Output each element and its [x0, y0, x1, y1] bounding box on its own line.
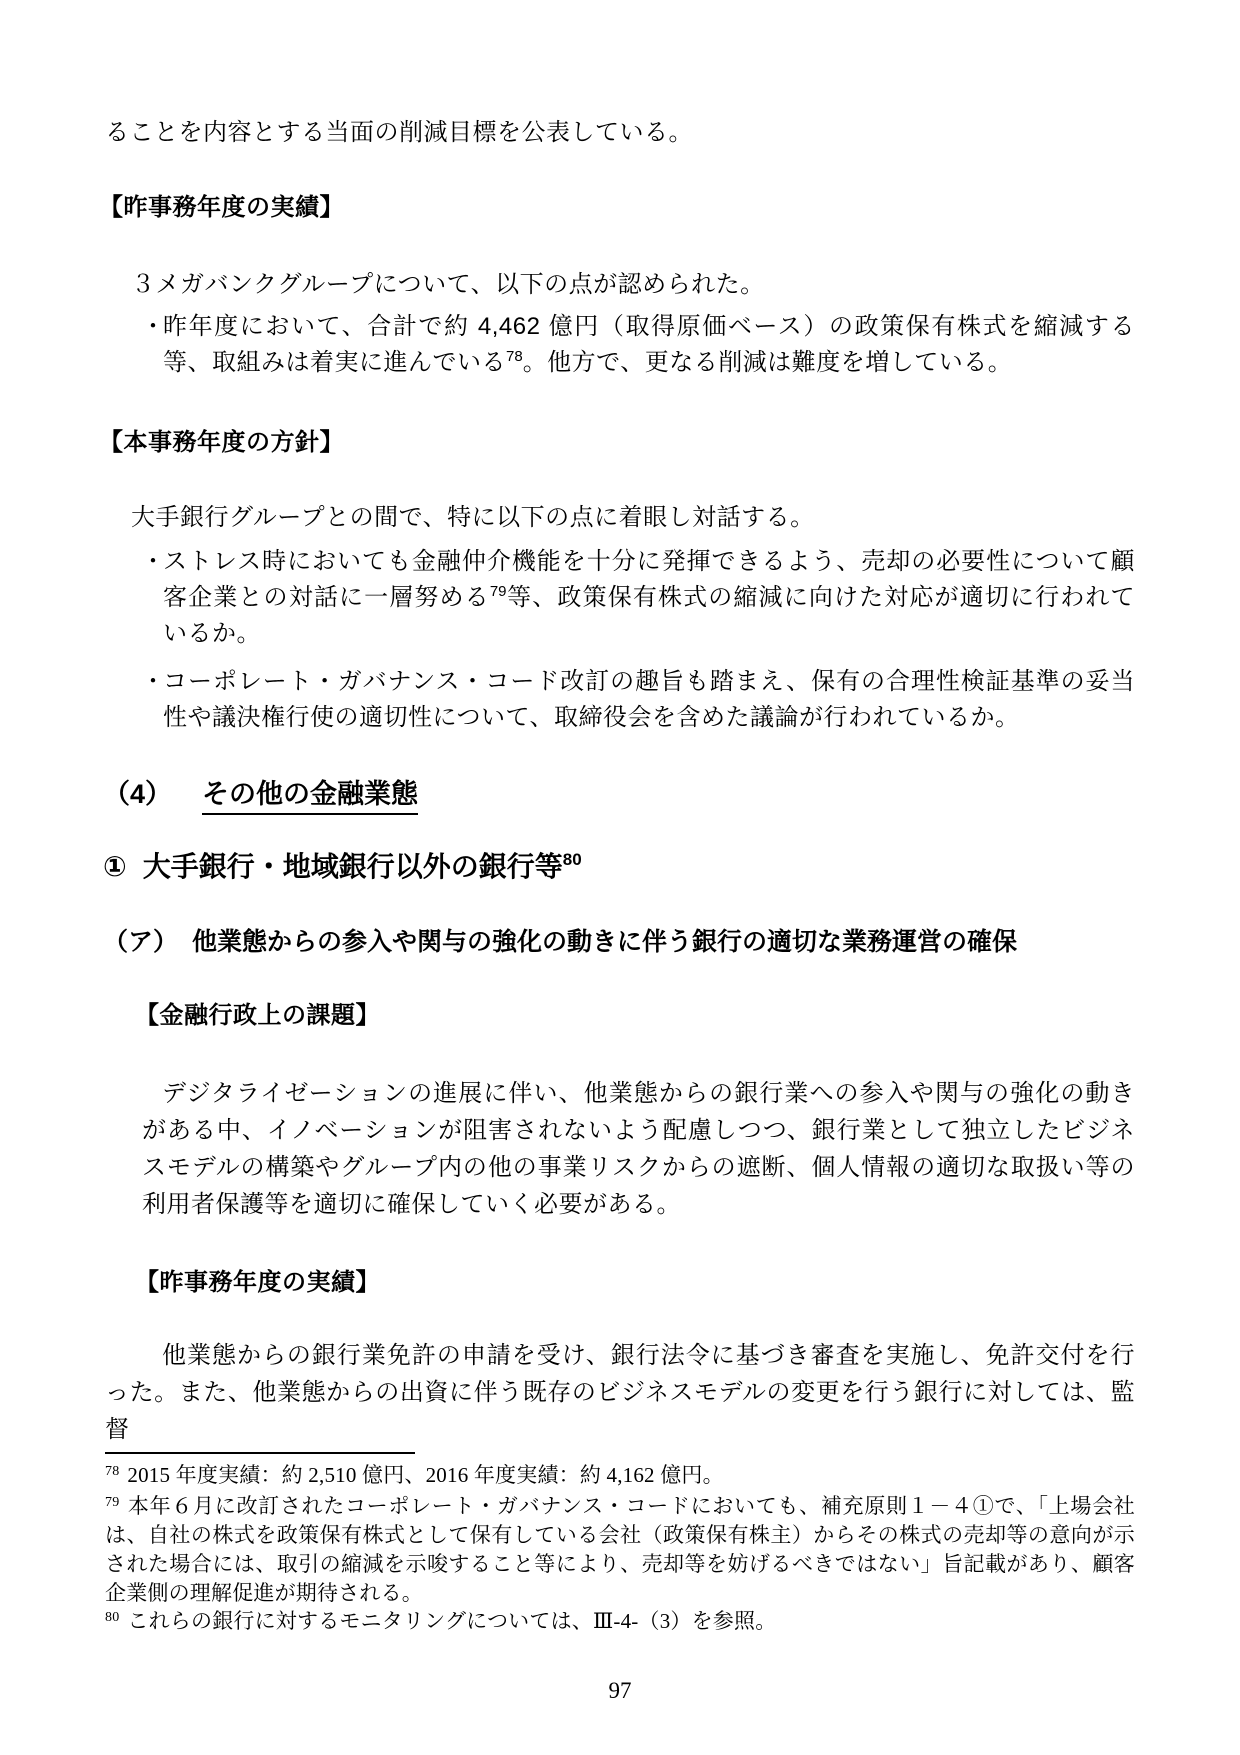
footnote-ref-80: 80 — [563, 850, 582, 869]
bullet-marker: ・ — [141, 664, 166, 700]
lead-megabank: ３メガバンクグループについて、以下の点が認められた。 — [105, 267, 765, 303]
heading-admin-issues: 【金融行政上の課題】 — [135, 995, 380, 1030]
heading-subsection-a: （ア）他業態からの参入や関与の強化の動きに伴う銀行の適切な業務運営の確保 — [103, 922, 1017, 958]
footnote-number: 78 — [105, 1464, 119, 1479]
subsection-number: ① — [103, 851, 127, 882]
footnote-79: 79本年６月に改訂されたコーポレート・ガバナンス・コードにおいても、補充原則１－… — [105, 1492, 1135, 1608]
heading-this-year-policy: 【本事務年度の方針】 — [99, 422, 344, 457]
footnote-ref-78: 78 — [506, 348, 523, 365]
footnote-text: これらの銀行に対するモニタリングについては、Ⅲ-4-（3）を参照。 — [127, 1609, 776, 1633]
bullet-governance-code: ・ コーポレート・ガバナンス・コード改訂の趣旨も踏まえ、保有の合理性検証基準の妥… — [105, 664, 1135, 736]
footnote-number: 80 — [105, 1610, 119, 1625]
bullet-holdings-reduction: ・ 昨年度において、合計で約 4,462 億円（取得原価ベース）の政策保有株式を… — [105, 309, 1135, 381]
bullet-marker: ・ — [141, 309, 166, 345]
footnote-80: 80これらの銀行に対するモニタリングについては、Ⅲ-4-（3）を参照。 — [105, 1607, 1135, 1636]
paragraph-digitalization: デジタライゼーションの進展に伴い、他業態からの銀行業への参入や関与の強化の動きが… — [142, 1075, 1135, 1223]
lead-major-banks: 大手銀行グループとの間で、特に以下の点に着眼し対話する。 — [105, 500, 815, 536]
section-title: その他の金融業態 — [202, 779, 418, 815]
bullet-stress-dialogue: ・ ストレス時においても金融仲介機能を十分に発揮できるよう、売却の必要性について… — [105, 544, 1135, 652]
bullet-text-cont: 。他方で、更なる削減は難度を増している。 — [523, 349, 1013, 376]
intro-paragraph: ることを内容とする当面の削減目標を公表している。 — [105, 115, 693, 151]
footnote-separator — [105, 1452, 415, 1454]
footnote-ref-79: 79 — [490, 583, 507, 600]
subsection-a-number: （ア） — [103, 928, 178, 956]
heading-last-year-results-2: 【昨事務年度の実績】 — [135, 1262, 380, 1297]
document-page: ることを内容とする当面の削減目標を公表している。 【昨事務年度の実績】 ３メガバ… — [0, 0, 1240, 1755]
page-number: 97 — [0, 1678, 1240, 1704]
subsection-a-title: 他業態からの参入や関与の強化の動きに伴う銀行の適切な業務運営の確保 — [192, 928, 1017, 956]
bullet-marker: ・ — [141, 544, 166, 580]
subsection-title: 大手銀行・地域銀行以外の銀行等 — [143, 851, 563, 882]
footnote-text: 本年６月に改訂されたコーポレート・ガバナンス・コードにおいても、補充原則１－４①… — [105, 1494, 1135, 1605]
bullet-text: コーポレート・ガバナンス・コード改訂の趣旨も踏まえ、保有の合理性検証基準の妥当性… — [163, 668, 1135, 731]
footnote-78: 782015 年度実績：約 2,510 億円、2016 年度実績：約 4,162… — [105, 1461, 1135, 1490]
footnote-text: 2015 年度実績：約 2,510 億円、2016 年度実績：約 4,162 億… — [127, 1463, 723, 1487]
paragraph-bank-license: 他業態からの銀行業免許の申請を受け、銀行法令に基づき審査を実施し、免許交付を行っ… — [105, 1337, 1135, 1448]
footnote-number: 79 — [105, 1495, 119, 1510]
section-number: （4） — [103, 779, 172, 809]
heading-last-year-results-1: 【昨事務年度の実績】 — [99, 187, 344, 222]
heading-subsection-1: ①大手銀行・地域銀行以外の銀行等80 — [103, 845, 582, 885]
heading-section-4: （4）その他の金融業態 — [103, 772, 418, 811]
